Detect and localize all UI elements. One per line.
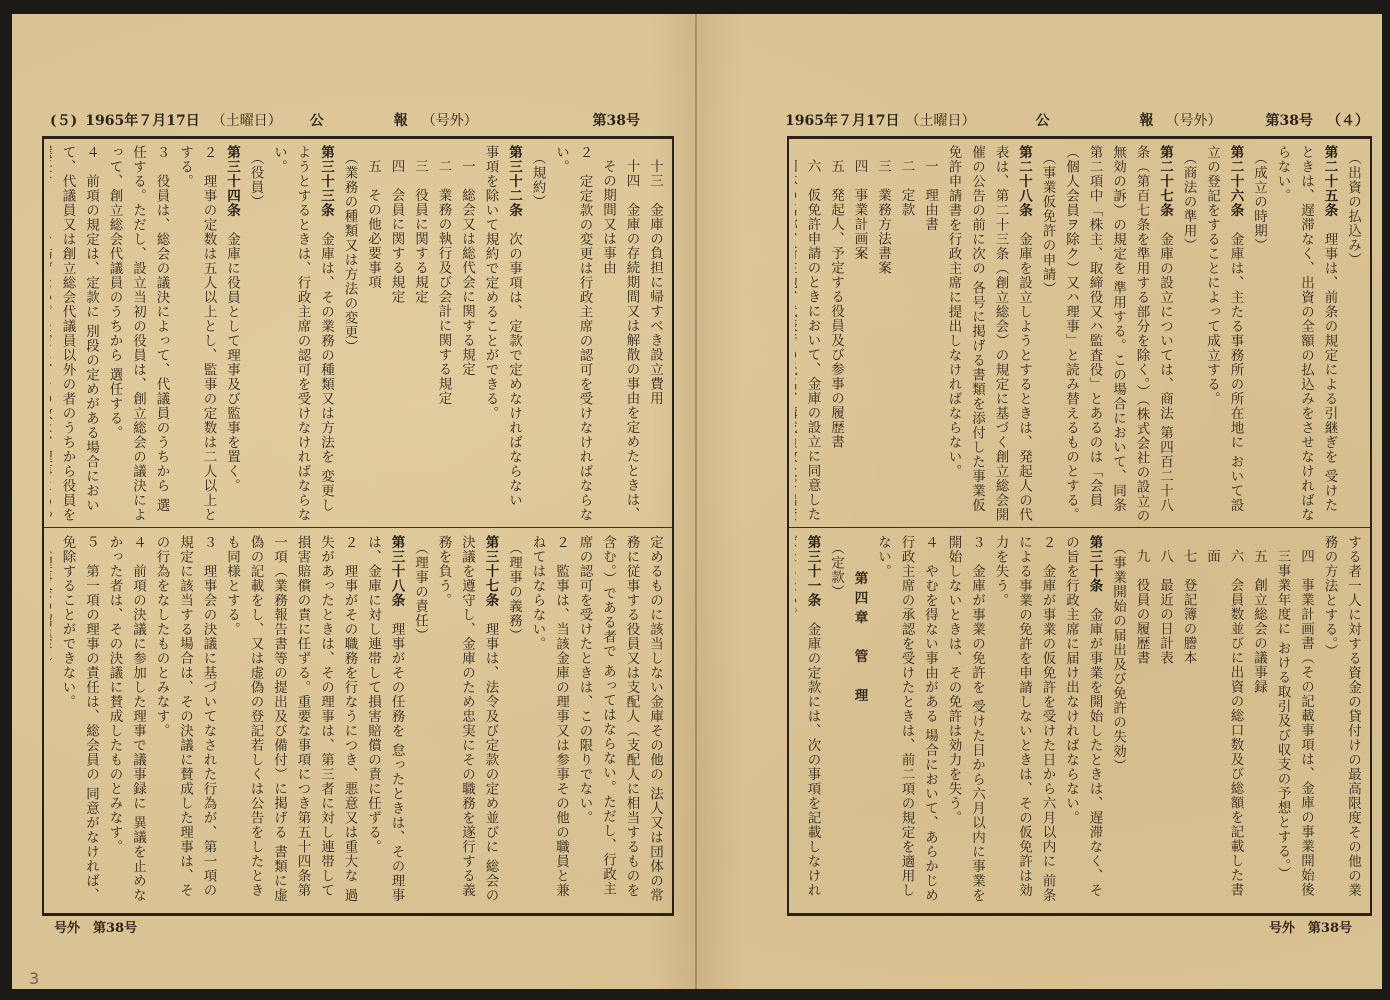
article-paragraph: 第二十八条 金庫を設立しようとするときは、発起人の代表は、第二十三条（創立総会）…	[941, 145, 1035, 523]
sub-paragraph: ２ 定定款の変更は行政主席の認可を受けなければならない。	[549, 145, 596, 523]
article-caption: （出資の払込み）	[1341, 145, 1365, 523]
edition-label: （号外）	[1165, 110, 1221, 130]
title-char-1: 公	[310, 110, 324, 130]
article-number: 第三十八条	[389, 535, 405, 608]
list-item: 二 定款	[894, 145, 918, 523]
list-item: 六 会員数並びに出資の総口数及び総額を記載した書面	[1200, 535, 1247, 909]
chapter-heading: 第四章 管 理	[847, 535, 871, 909]
list-item: 九 役員の履歴書	[1129, 535, 1153, 909]
sub-paragraph: ５ 第一項の理事の責任は、総会員の 同意がなければ、免除することができない。	[55, 535, 102, 909]
sub-paragraph: ４ 前項の規定は、定款に 別段の定めがある場合において、代議員又は創立総会代議員…	[50, 145, 102, 523]
sub-paragraph: ３ 理事会の決議に基づいてなされた行為が、第一項の規定に該当する場合は、その決議…	[149, 535, 220, 909]
article-caption: （事業仮免許の申請）	[1035, 145, 1059, 523]
weekday: （土曜日）	[905, 110, 975, 130]
sub-paragraph: ２ 理事の定数は五人以上とし、監事の定数は二人以上とする。	[173, 145, 220, 523]
sub-paragraph: ３ 役員は、総会の議決によって、代議員のうちから 選任する。ただし、設立当初の役…	[102, 145, 173, 523]
list-item: 二 業務の執行及び会計に関する規定	[431, 145, 455, 523]
sub-paragraph: ４ 前項の決議に参加した理事で議事録に 異議を止めなかった者は、その決議に賛成し…	[102, 535, 149, 909]
article-caption: （成立の時期）	[1247, 145, 1271, 523]
article-paragraph: 第三十四条 金庫に役員として理事及び監事を置く。	[220, 145, 244, 523]
article-number: 第二十六条	[1228, 145, 1244, 218]
page-number: （４）	[1327, 110, 1369, 130]
article-text: 金庫に役員として理事及び監事を置く。	[224, 218, 240, 494]
left-page: (５) 1965年７月17日 （土曜日） 公 報 （号外） 第38号 十三 金庫…	[12, 14, 695, 989]
list-item: 七 登記簿の謄本	[1176, 535, 1200, 909]
article-caption: （業務の種類又は方法の変更）	[337, 145, 361, 523]
article-number: 第三十一条	[805, 535, 821, 608]
list-item: 五 創立総会の議事録	[1247, 535, 1271, 909]
title-char-2: 報	[1139, 110, 1153, 130]
sub-paragraph: ２ 金庫が事業の仮免許を受けた日から六月以内に 前条による事業の免許を申請しない…	[988, 535, 1059, 909]
article-paragraph: 第三十二条 次の事項は、定款で定めなければならない 事項を除いて規約で定めること…	[478, 145, 525, 523]
band-divider	[789, 527, 1370, 528]
right-footer: 号外 第38号	[1269, 917, 1352, 936]
article-paragraph: 第三十七条 理事は、法令及び定款の定め並びに 総会の決議を遵守し、金庫のため忠実…	[431, 535, 502, 909]
list-item: 十三 金庫の負担に帰すべき設立費用	[643, 145, 667, 523]
title-char-1: 公	[1035, 110, 1049, 130]
gazette-spread: (５) 1965年７月17日 （土曜日） 公 報 （号外） 第38号 十三 金庫…	[12, 14, 1382, 989]
sub-paragraph: ２ 監事は、当該金庫の理事又は参事その他の職員と兼ねてはならない。	[525, 535, 572, 909]
list-item: 六 仮免許申請のときにおいて、金庫の設立に同意した団体の名称、所在地、代表者の氏…	[795, 145, 824, 523]
continued-text: 定めるものに該当しない金庫その他の 法人又は団体の常務に従事する役員又は支配人（…	[572, 535, 666, 909]
sub-paragraph: ４ やむを得ない事由がある 場合において、あらかじめ行政主席の承認を受けたときは…	[871, 535, 942, 909]
article-caption: （商法の準用）	[1176, 145, 1200, 523]
list-item: 五 発起人、予定する役員及び参事の履歴書	[824, 145, 848, 523]
list-item: 八 最近の日計表	[1153, 535, 1177, 909]
issue-date: 1965年７月17日	[85, 110, 199, 130]
article-paragraph: 第二十七条 金庫の設立については、商法 第四百二十八条（第百七条を準用する部分を…	[1059, 145, 1177, 523]
continued-text: する者一人に対する資金の貸付けの最高限度その他の業務の方法とする。）	[1317, 535, 1364, 909]
article-number: 第三十七条	[483, 535, 499, 608]
article-number: 第三十二条	[506, 145, 522, 218]
list-item: 四 事業計画書（その記載事項は、金庫の事業開始後三事業年度に おける取引及び収支…	[1270, 535, 1317, 909]
article-caption: （事業開始の届出及び免許の失効）	[1106, 535, 1130, 909]
edition-label: （号外）	[422, 110, 478, 130]
article-number: 第二十八条	[1016, 145, 1032, 218]
list-item: 一 総会又は総代会に関する規定	[455, 145, 479, 523]
sub-paragraph: ３ 金庫が事業の免許を 受けた日から六月以内に事業を開始しないときは、その免許は…	[941, 535, 988, 909]
left-bottom-band: 定めるものに該当しない金庫その他の 法人又は団体の常務に従事する役員又は支配人（…	[50, 535, 666, 909]
list-item: 一 理由書	[918, 145, 942, 523]
pencil-page-mark: 3	[29, 969, 39, 988]
page-number: (５)	[50, 110, 77, 130]
left-top-band: 十三 金庫の負担に帰すべき設立費用十四 金庫の存続期間又は解散の事由を定めたとき…	[50, 145, 666, 523]
list-item: 三 役員に関する規定	[408, 145, 432, 523]
left-page-header: (５) 1965年７月17日 （土曜日） 公 報 （号外） 第38号	[50, 108, 680, 132]
issue-number: 第38号	[1266, 110, 1313, 130]
article-paragraph: 第三十八条 理事がその任務を 怠ったときは、その理事は、金庫に対し連帯して損害賠…	[361, 535, 408, 909]
left-text-frame: 十三 金庫の負担に帰すべき設立費用十四 金庫の存続期間又は解散の事由を定めたとき…	[42, 136, 674, 916]
article-paragraph: 第二十六条 金庫は、主たる事務所の所在地に おいて設立の登記をすることによって成…	[1200, 145, 1247, 523]
weekday: （土曜日）	[212, 110, 282, 130]
article-number: 第三十四条	[224, 145, 240, 218]
right-page: 1965年７月17日 （土曜日） 公 報 （号外） 第38号 （４） （出資の払…	[697, 14, 1382, 989]
article-number: 第三十条	[1087, 535, 1103, 593]
article-caption: （理事の義務）	[502, 535, 526, 909]
article-caption: （理事の責任）	[408, 535, 432, 909]
sub-paragraph: ２ 理事がその職務を行なうにつき、悪意又は重大な 過失があったときは、その理事は…	[220, 535, 361, 909]
article-number: 第二十五条	[1322, 145, 1338, 218]
band-divider	[44, 527, 672, 528]
right-top-band: （出資の払込み）第二十五条 理事は、前条の規定による引継ぎを 受けたときは、遅滞…	[795, 145, 1364, 523]
list-item: 十四 金庫の存続期間又は解散の事由を定めたときは、その期間又は事由	[596, 145, 643, 523]
article-caption: （役員）	[243, 145, 267, 523]
article-paragraph: 第三十三条 金庫は、その業務の種類又は方法を 変更しようとするときは、行政主席の…	[267, 145, 338, 523]
article-paragraph: 第三十一条 金庫の定款には、次の事項を記載しなければならない。	[795, 535, 824, 909]
right-page-header: 1965年７月17日 （土曜日） 公 報 （号外） 第38号 （４）	[785, 108, 1385, 132]
right-text-frame: （出資の払込み）第二十五条 理事は、前条の規定による引継ぎを 受けたときは、遅滞…	[787, 136, 1372, 916]
title-char-2: 報	[394, 110, 408, 130]
article-number: 第二十七条	[1157, 145, 1173, 218]
list-item: 四 事業計画案	[847, 145, 871, 523]
left-footer: 号外 第38号	[54, 917, 137, 936]
article-paragraph: 第二十五条 理事は、前条の規定による引継ぎを 受けたときは、遅滞なく、出資の全額…	[1270, 145, 1341, 523]
right-bottom-band: する者一人に対する資金の貸付けの最高限度その他の業務の方法とする。）四 事業計画…	[795, 535, 1364, 909]
issue-number: 第38号	[593, 110, 640, 130]
list-item: 四 会員に関する規定	[384, 145, 408, 523]
list-item: 五 その他必要事項	[361, 145, 385, 523]
article-caption: （理事会の招集者）	[50, 535, 55, 909]
article-paragraph: 第三十条 金庫が事業を開始したときは、遅滞なく、その旨を行政主席に届け出なければ…	[1059, 535, 1106, 909]
article-number: 第三十三条	[318, 145, 334, 218]
article-caption: （定款）	[824, 535, 848, 909]
article-caption: （規約）	[525, 145, 549, 523]
issue-date: 1965年７月17日	[785, 110, 899, 130]
list-item: 三 業務方法書案	[871, 145, 895, 523]
